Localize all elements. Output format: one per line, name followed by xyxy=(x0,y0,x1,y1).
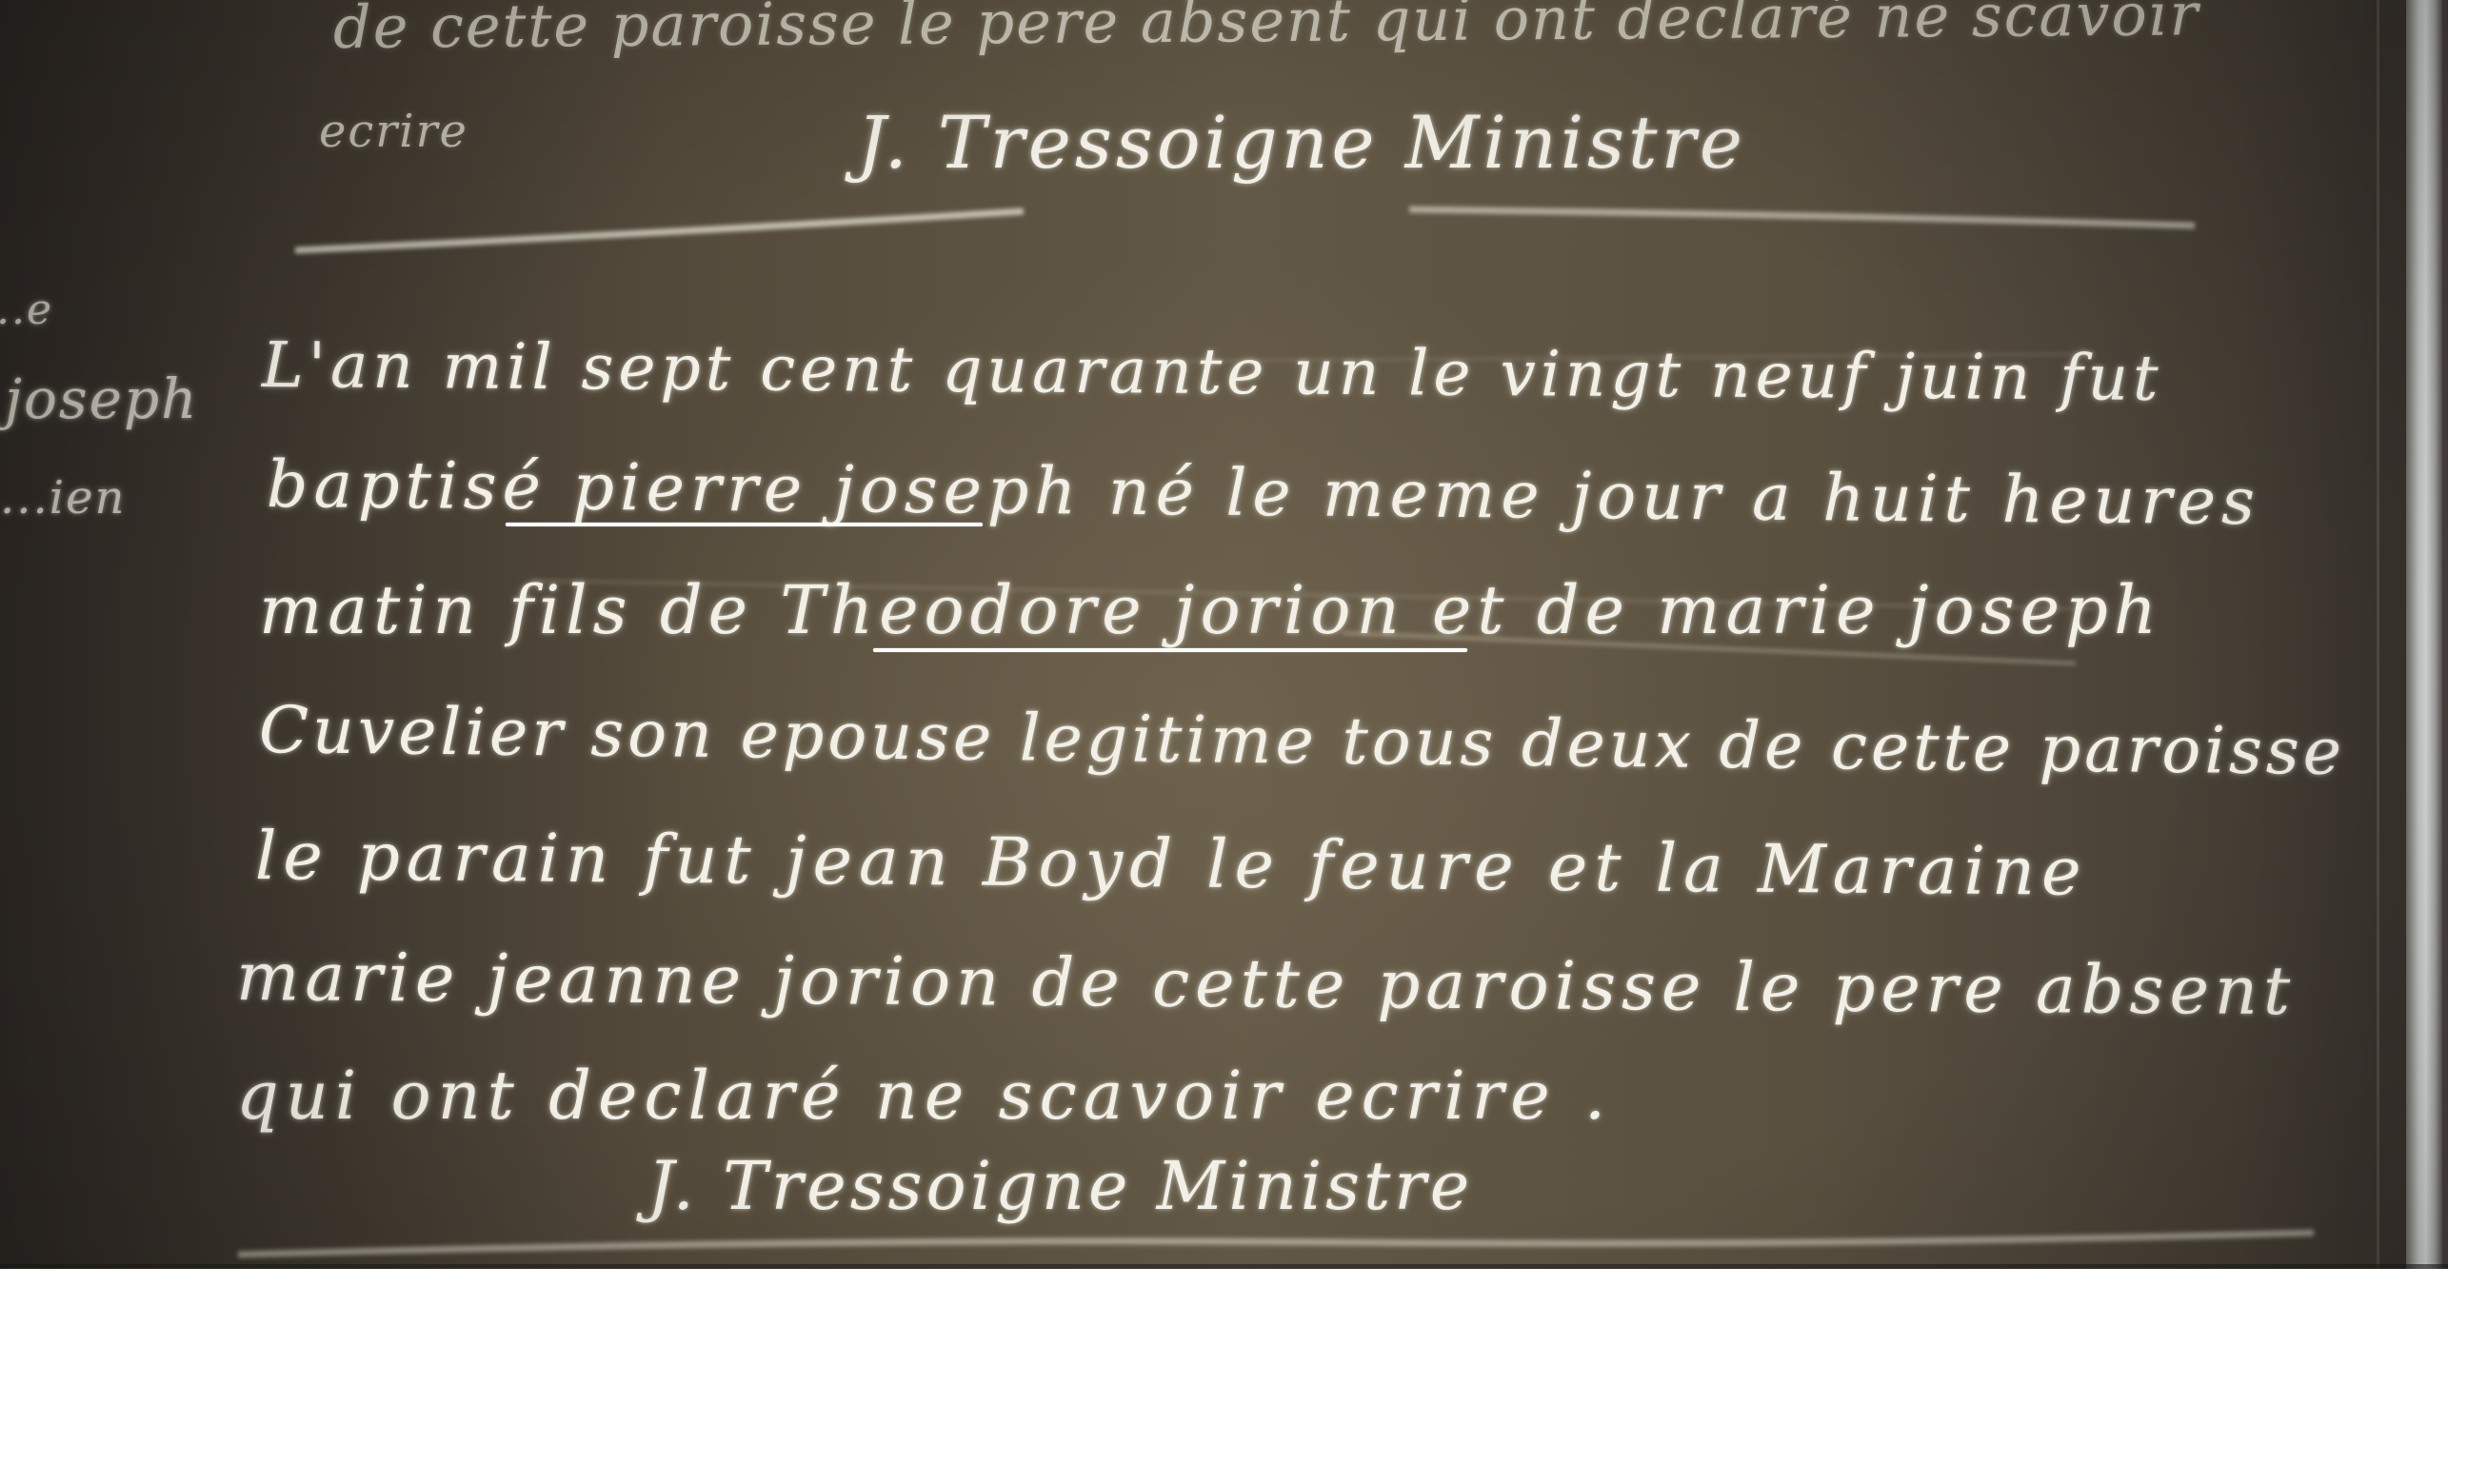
page-edge-shadow xyxy=(2442,0,2448,1269)
margin-note-line-3: ...ien xyxy=(0,471,126,524)
page-edge-line xyxy=(2377,0,2379,1269)
previous-entry-line-2: ecrire xyxy=(319,105,468,158)
entry-line-6: marie jeanne jorion de cette paroisse le… xyxy=(236,938,2297,1030)
register-photo: de cette paroisse le pere absent qui ont… xyxy=(0,0,2448,1269)
entry-line-5: le parain fut jean Boyd le feure et la M… xyxy=(255,817,2088,911)
separator-line-top-right xyxy=(1409,209,2195,226)
separator-line-top-left xyxy=(295,211,1024,250)
entry-line-4: Cuvelier son epouse legitime tous deux d… xyxy=(259,693,2346,790)
annotation-underline-father-name xyxy=(873,648,1467,652)
margin-note-line-1: ...e xyxy=(0,286,53,334)
page-edge-strip xyxy=(2406,0,2442,1269)
previous-entry-signature: J. Tressoigne Ministre xyxy=(857,100,1746,185)
entry-line-7: qui ont declaré ne scavoir ecrire . xyxy=(236,1057,1612,1135)
entry-signature: J. Tressoigne Ministre xyxy=(647,1147,1473,1225)
margin-note-line-2: joseph xyxy=(5,366,198,431)
annotation-underline-child-name xyxy=(506,523,983,526)
entry-line-1: L'an mil sept cent quarante un le vingt … xyxy=(262,328,2163,415)
entry-line-3: matin fils de Theodore jorion et de mari… xyxy=(259,571,2162,649)
separator-line-bottom xyxy=(238,1233,2314,1255)
photo-bottom-edge xyxy=(0,1264,2448,1269)
previous-entry-line-1: de cette paroisse le pere absent qui ont… xyxy=(333,0,2200,62)
